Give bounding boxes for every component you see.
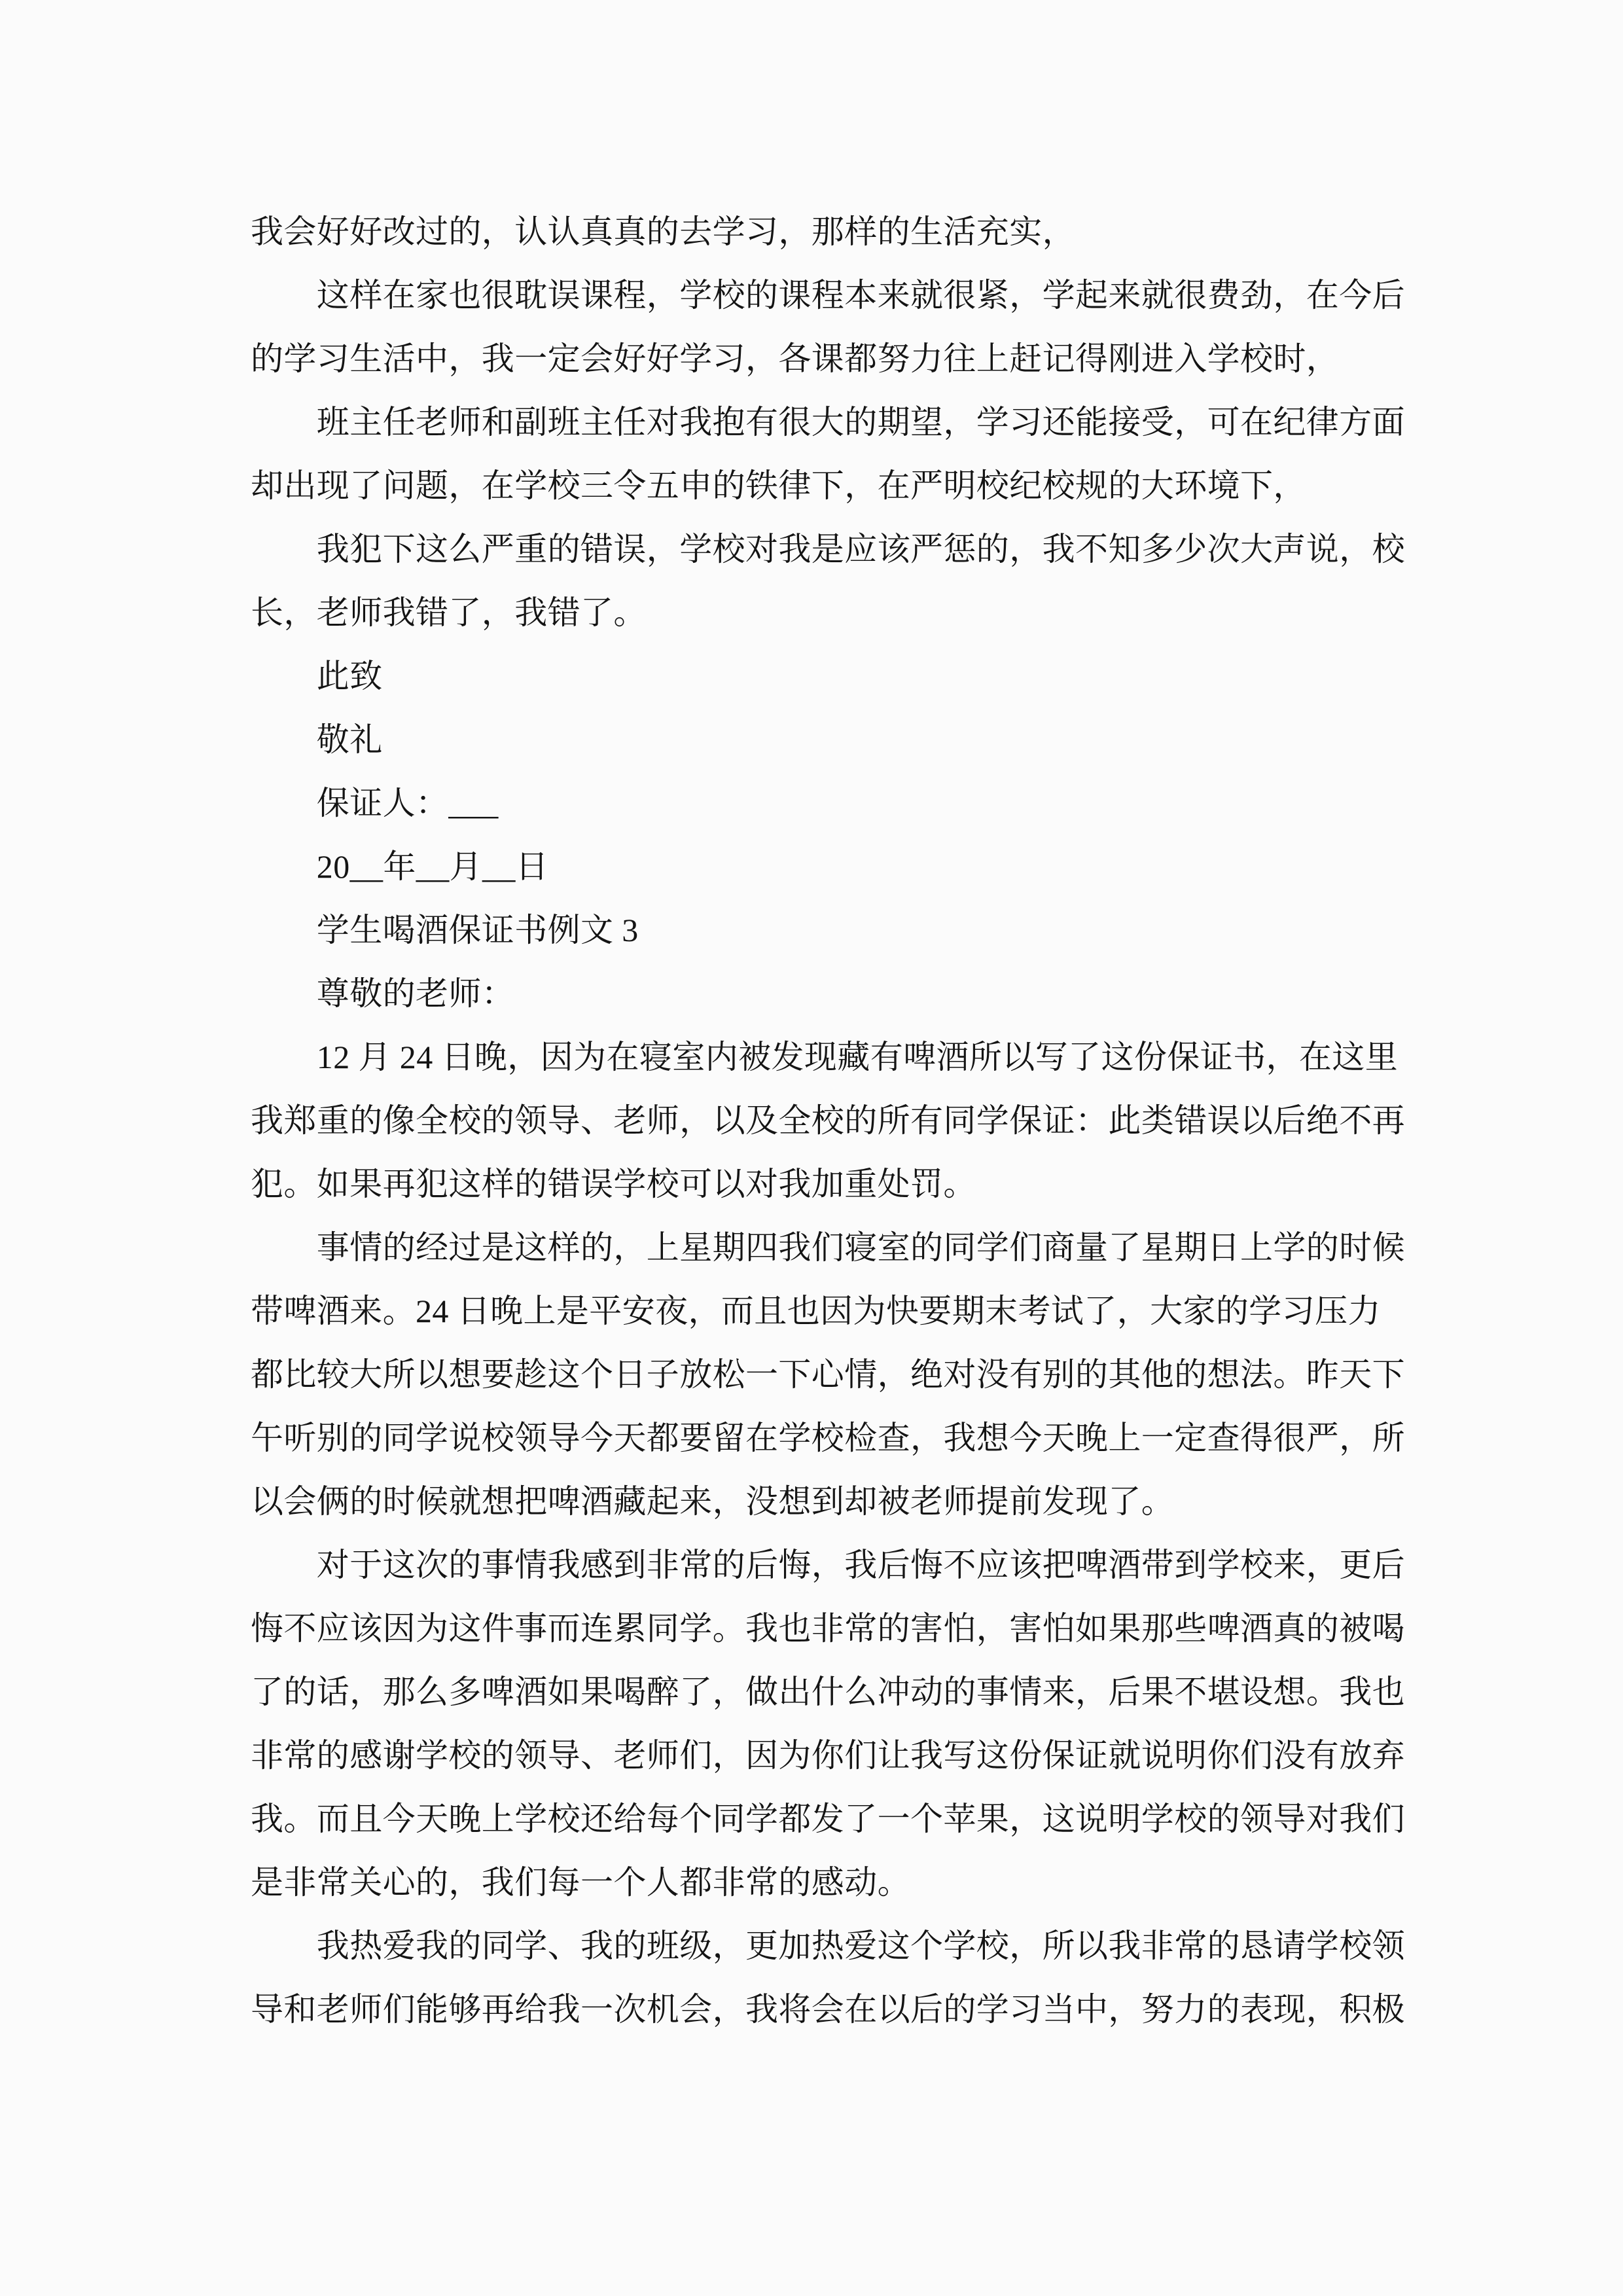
text-line: 我。而且今天晚上学校还给每个同学都发了一个苹果，这说明学校的领导对我们 [251,1787,1422,1851]
text-line: 事情的经过是这样的，上星期四我们寝室的同学们商量了星期日上学的时候 [251,1216,1422,1280]
section-title-line: 学生喝酒保证书例文 3 [251,899,1422,962]
date-line: 20__年__月__日 [251,835,1422,899]
text-line: 这样在家也很耽误课程，学校的课程本来就很紧，学起来就很费劲，在今后 [251,264,1422,327]
text-line: 以会俩的时候就想把啤酒藏起来，没想到却被老师提前发现了。 [251,1470,1422,1534]
text-line: 对于这次的事情我感到非常的后悔，我后悔不应该把啤酒带到学校来，更后 [251,1534,1422,1597]
text-line: 却出现了问题，在学校三令五申的铁律下，在严明校纪校规的大环境下， [251,454,1422,518]
document-page: 我会好好改过的，认认真真的去学习，那样的生活充实， 这样在家也很耽误课程，学校的… [0,0,1623,2296]
text-line: 都比较大所以想要趁这个日子放松一下心情，绝对没有别的其他的想法。昨天下 [251,1343,1422,1407]
text-line: 悔不应该因为这件事而连累同学。我也非常的害怕，害怕如果那些啤酒真的被喝 [251,1597,1422,1660]
closing-jingli-line: 敬礼 [251,708,1422,772]
guarantor-signature-line: 保证人：___ [251,772,1422,835]
text-line: 导和老师们能够再给我一次机会，我将会在以后的学习当中，努力的表现，积极 [251,1978,1422,2041]
text-line: 班主任老师和副班主任对我抱有很大的期望，学习还能接受，可在纪律方面 [251,391,1422,454]
text-line: 我犯下这么严重的错误，学校对我是应该严惩的，我不知多少次大声说，校 [251,518,1422,581]
text-line: 非常的感谢学校的领导、老师们，因为你们让我写这份保证就说明你们没有放弃 [251,1724,1422,1787]
text-line: 犯。如果再犯这样的错误学校可以对我加重处罚。 [251,1153,1422,1216]
text-line: 12 月 24 日晚，因为在寝室内被发现藏有啤酒所以写了这份保证书，在这里 [251,1026,1422,1089]
text-line: 我郑重的像全校的领导、老师，以及全校的所有同学保证：此类错误以后绝不再 [251,1089,1422,1153]
salutation-line: 尊敬的老师： [251,962,1422,1026]
document-body: 我会好好改过的，认认真真的去学习，那样的生活充实， 这样在家也很耽误课程，学校的… [251,200,1422,2041]
text-line: 我热爱我的同学、我的班级，更加热爱这个学校，所以我非常的恳请学校领 [251,1914,1422,1978]
closing-cizhi-line: 此致 [251,645,1422,708]
text-line: 午听别的同学说校领导今天都要留在学校检查，我想今天晚上一定查得很严，所 [251,1407,1422,1470]
text-line: 的学习生活中，我一定会好好学习，各课都努力往上赶记得刚进入学校时， [251,327,1422,391]
text-line: 带啤酒来。24 日晚上是平安夜，而且也因为快要期末考试了，大家的学习压力 [251,1280,1422,1343]
text-line: 长，老师我错了，我错了。 [251,581,1422,645]
text-line: 了的话，那么多啤酒如果喝醉了，做出什么冲动的事情来，后果不堪设想。我也 [251,1660,1422,1724]
text-line: 是非常关心的，我们每一个人都非常的感动。 [251,1851,1422,1914]
text-line: 我会好好改过的，认认真真的去学习，那样的生活充实， [251,200,1422,264]
